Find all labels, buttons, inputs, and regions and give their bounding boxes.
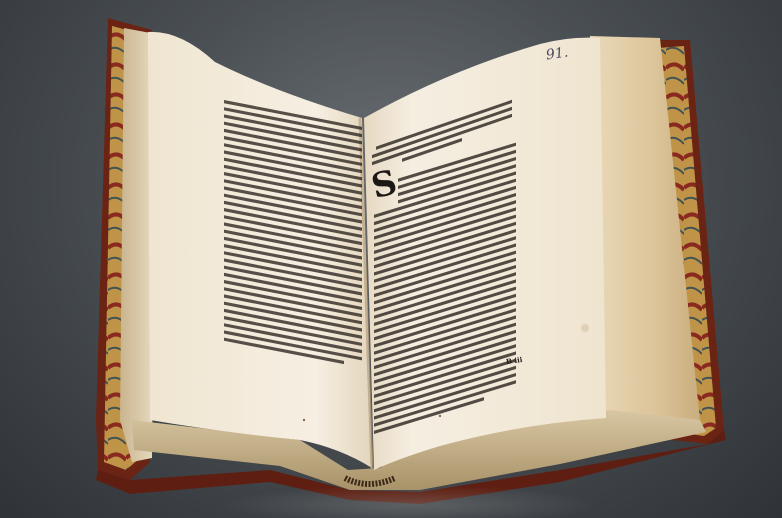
left-page: [148, 32, 372, 468]
floor-reflection: [220, 485, 600, 518]
book-illustration: [0, 0, 782, 518]
book-photo: S 91. B iii: [0, 0, 782, 518]
folio-number: 91.: [545, 45, 569, 64]
